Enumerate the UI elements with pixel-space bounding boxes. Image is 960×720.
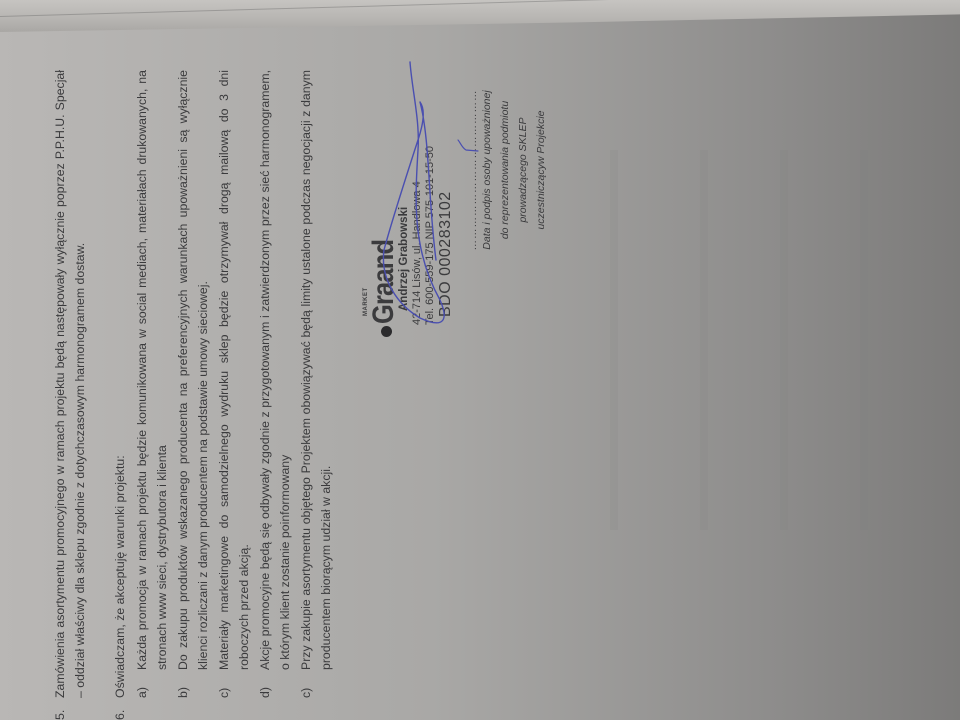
- signature-caption-line: prowadzącego SKLEP: [514, 40, 532, 300]
- condition-label: b): [173, 670, 213, 698]
- condition-label: d): [255, 670, 295, 698]
- signature-block: …………………………………… Data i podpis osoby upowa…: [468, 40, 548, 300]
- bleed-through-text: [610, 150, 618, 530]
- logo-dot-icon: [381, 326, 392, 337]
- clause-text: Zamówienia asortymentu promocyjnego w ra…: [50, 70, 90, 698]
- clause-text: Oświadczam, że akceptuję warunki projekt…: [110, 70, 130, 698]
- condition-text: Przy zakupie asortymentu objętego Projek…: [296, 70, 336, 670]
- paper-top-edge: [0, 0, 960, 32]
- stamp-contacts: Tel. 600-559-175 NIP 575-101-15-50: [424, 65, 437, 345]
- conditions-list: a) Każda promocja w ramach projektu będz…: [132, 70, 336, 698]
- condition-item: b) Do zakupu produktów wskazanego produc…: [173, 70, 213, 698]
- condition-label: c): [214, 670, 254, 698]
- signature-caption-line: uczestniczącyw Projekcie: [532, 40, 550, 300]
- condition-label: a): [132, 670, 172, 698]
- bleed-through-text: [860, 150, 868, 530]
- condition-text: Materiały marketingowe do samodzielnego …: [214, 70, 254, 670]
- logo-title: Graand: [370, 240, 398, 324]
- stamp-bdo: BDO 000283102: [437, 65, 455, 345]
- clause-number: 5.: [50, 698, 90, 720]
- clause-5: 5. Zamówienia asortymentu promocyjnego w…: [50, 70, 90, 720]
- condition-item: c) Materiały marketingowe do samodzielne…: [214, 70, 254, 698]
- stamp-address: 42-714 Lisów, ul. Handlowa 4: [411, 65, 424, 345]
- clause-6: 6. Oświadczam, że akceptuję warunki proj…: [110, 70, 336, 720]
- condition-text: Do zakupu produktów wskazanego producent…: [173, 70, 213, 670]
- condition-item: a) Każda promocja w ramach projektu będz…: [132, 70, 172, 698]
- condition-label: c): [296, 670, 336, 698]
- signature-caption-line: Data i podpis osoby upoważnionej: [478, 40, 496, 300]
- condition-text: Każda promocja w ramach projektu będzie …: [132, 70, 172, 670]
- condition-item: c) Przy zakupie asortymentu objętego Pro…: [296, 70, 336, 698]
- condition-item: d) Akcje promocyjne będą się odbywały zg…: [255, 70, 295, 698]
- signature-line: ……………………………………: [468, 40, 478, 300]
- clause-number: 6.: [110, 698, 130, 720]
- company-stamp: MARKET Graand Andrzej Grabowski 42-714 L…: [368, 65, 478, 345]
- condition-text: Akcje promocyjne będą się odbywały zgodn…: [255, 70, 295, 670]
- stamp-logo: MARKET Graand: [368, 65, 398, 345]
- bleed-through-text: [780, 150, 788, 530]
- signature-caption-line: do reprezentowania podmiotu: [496, 40, 514, 300]
- bleed-through-text: [700, 150, 708, 530]
